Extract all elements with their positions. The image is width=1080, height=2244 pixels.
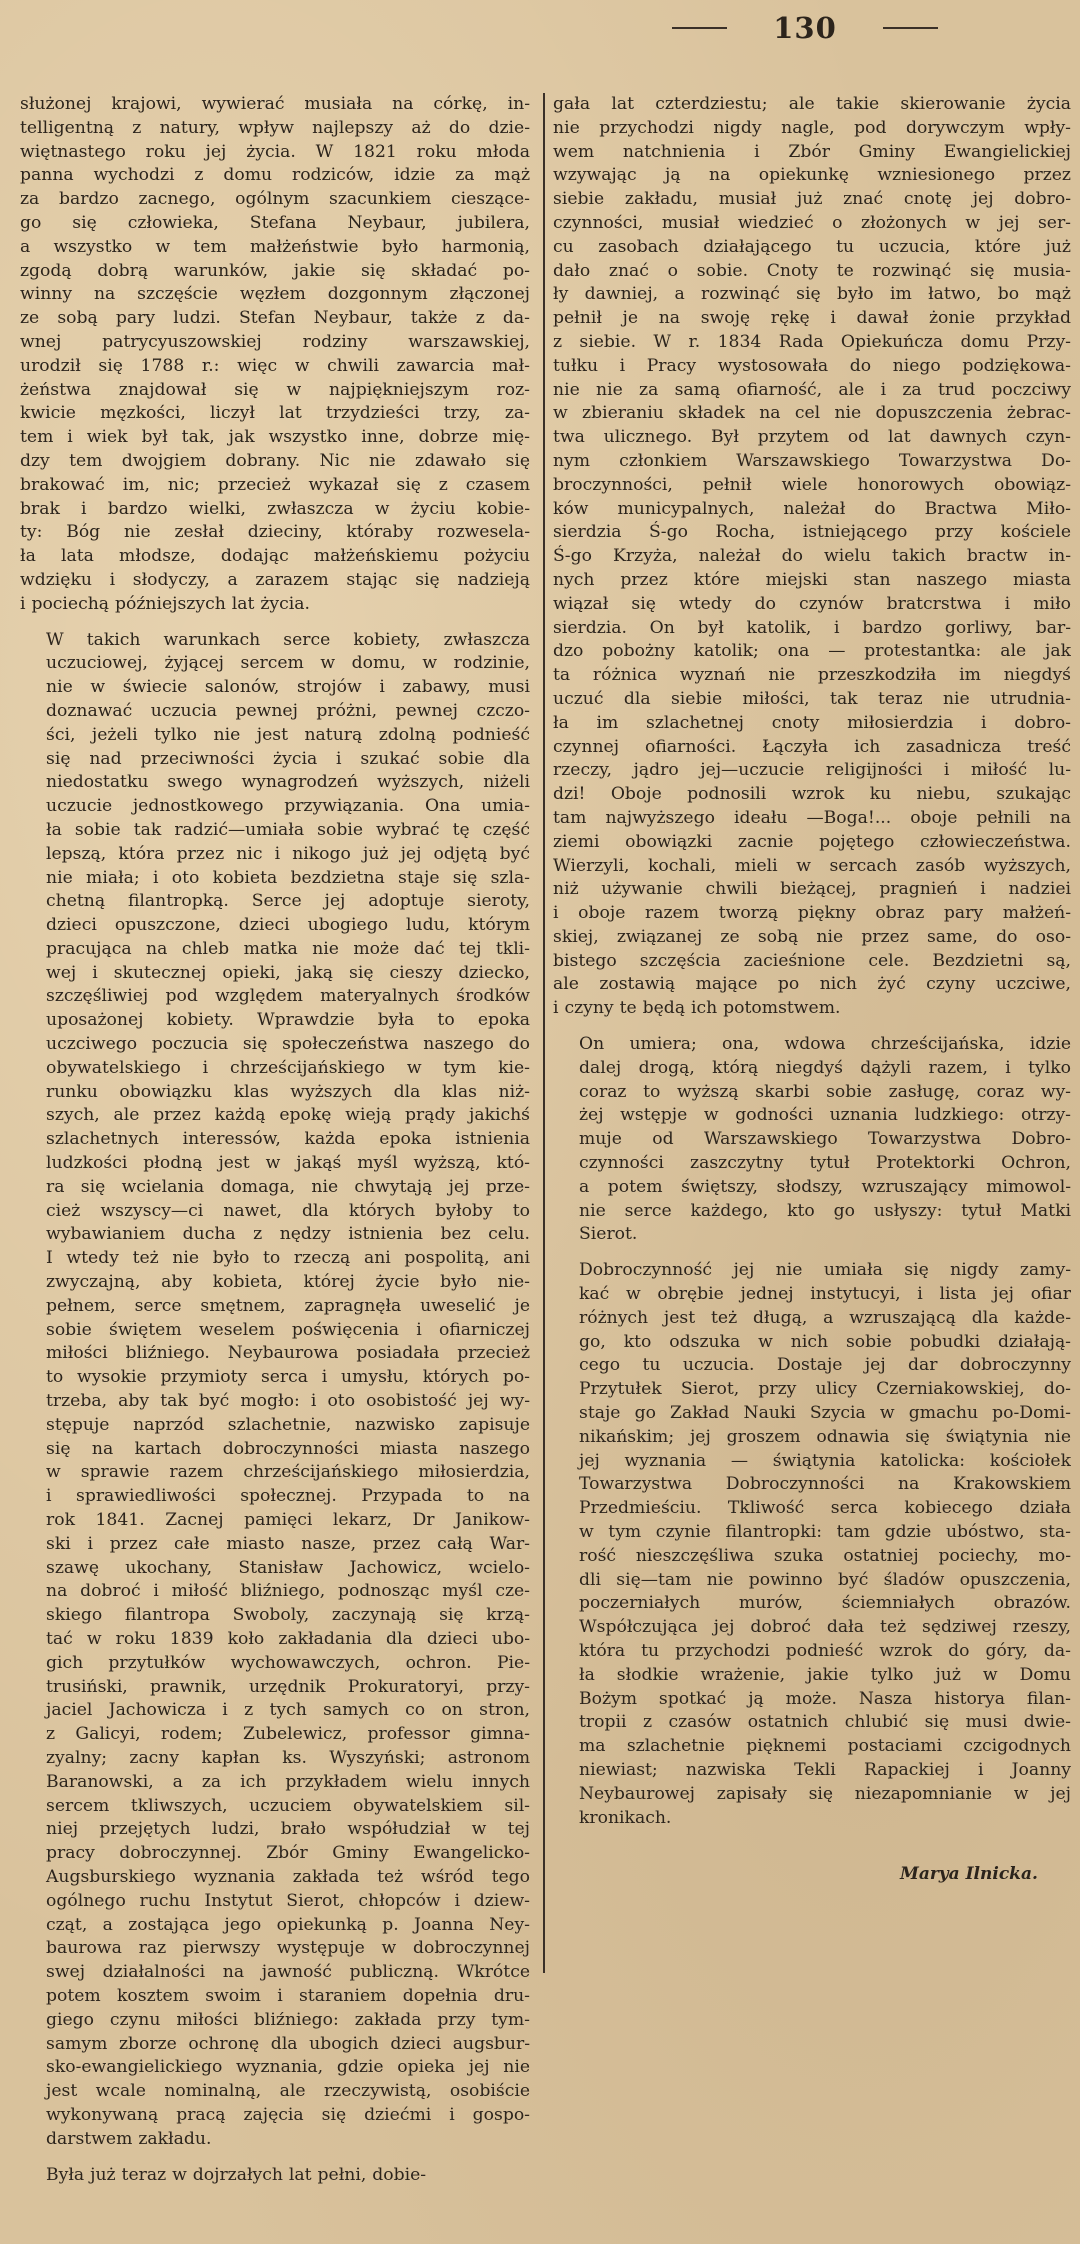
page-number: 130 [773,11,837,45]
text-line: rok 1841. Zacnej pamięci lekarz, Dr Jani… [20,1509,530,1533]
text-line: ma szlachetnie pięknemi postaciami czcig… [553,1735,1071,1759]
text-line: gich przytułków wychowawczych, ochron. P… [20,1652,530,1676]
text-line: służonej krajowi, wywierać musiała na có… [20,93,530,117]
text-line: wiązał się wtedy do czynów bratcrstwa i … [553,593,1071,617]
text-line: szawę ukochany, Stanisław Jachowicz, wci… [20,1557,530,1581]
text-line: staje go Zakład Nauki Szycia w gmachu po… [553,1402,1071,1426]
text-line: czynności, musiał wiedzieć o złożonych w… [553,212,1071,236]
text-line: kać w obrębie jednej instytucyi, i lista… [553,1283,1071,1307]
text-line: niż używanie chwili bieżącej, pragnień i… [553,878,1071,902]
text-line: więtnastego roku jej życia. W 1821 roku … [20,141,530,165]
text-line: jej wyznania — świątynia katolicka: kośc… [553,1450,1071,1474]
paragraph: służonej krajowi, wywierać musiała na có… [20,93,530,617]
text-line: pracująca na chleb matka nie może dać te… [20,938,530,962]
text-line: nie miała; i oto kobieta bezdzietna staj… [20,867,530,891]
text-line: ra się wcielania domaga, nie chwytają je… [20,1176,530,1200]
text-line: obywatelskiego i chrześcijańskiego w tym… [20,1057,530,1081]
text-line: wybawianiem ducha z nędzy istnienia bez … [20,1223,530,1247]
text-line: urodził się 1788 r.: więc w chwili zawar… [20,355,530,379]
text-line: wykonywaną pracą zajęcia się dziećmi i g… [20,2104,530,2128]
text-line: gała lat czterdziestu; ale takie skierow… [553,93,1071,117]
text-line: ski i przez całe miasto nasze, przez cał… [20,1533,530,1557]
text-line: cież wszyscy—ci nawet, dla których byłob… [20,1200,530,1224]
text-line: w zbieraniu składek na cel nie dopuszcze… [553,402,1071,426]
text-line: a potem świętszy, słodszy, wzruszający m… [553,1176,1071,1200]
text-line: Sierot. [553,1223,1071,1247]
text-line: Współczująca jej dobroć dała też sędziwe… [553,1616,1071,1640]
paragraph: W takich warunkach serce kobiety, zwłasz… [20,629,530,2152]
right-column: gała lat czterdziestu; ale takie skierow… [553,93,1071,1830]
text-line: dzo pobożny katolik; ona — protestantka:… [553,640,1071,664]
text-line: pełnił je na swoję rękę i dawał żonie pr… [553,307,1071,331]
paragraph: Była już teraz w dojrzałych lat pełni, d… [20,2164,530,2188]
text-line: brakować im, nic; przecież wykazał się z… [20,474,530,498]
text-line: ziemi obowiązki zacnie pojętego człowiec… [553,831,1071,855]
text-line: lepszą, która przez nic i nikogo już jej… [20,843,530,867]
text-line: tropii z czasów ostatnich chlubić się mu… [553,1711,1071,1735]
text-line: wzywając ją na opiekunkę wzniesionego pr… [553,164,1071,188]
text-line: ty: Bóg nie zesłał dzieciny, któraby roz… [20,521,530,545]
text-line: Wierzyli, kochali, mieli w sercach zasób… [553,855,1071,879]
author-signature: Marya Ilnicka. [900,1864,1038,1884]
text-line: sierdzia Ś-go Rocha, istniejącego przy k… [553,521,1071,545]
text-line: ogólnego ruchu Instytut Sierot, chłopców… [20,1890,530,1914]
text-line: dzy tem dwojgiem dobrany. Nic nie zdawał… [20,450,530,474]
text-line: zgodą dobrą warunków, jakie się składać … [20,260,530,284]
text-line: zyalny; zacny kapłan ks. Wyszyński; astr… [20,1747,530,1771]
text-line: miłości bliźniego. Neybaurowa posiadała … [20,1342,530,1366]
text-line: uczuć dla siebie miłości, tak teraz nie … [553,688,1071,712]
text-line: nie serce każdego, kto go usłyszy: tytuł… [553,1200,1071,1224]
text-line: ale zostawią mające po nich żyć czyny uc… [553,973,1071,997]
text-line: W takich warunkach serce kobiety, zwłasz… [20,629,530,653]
text-line: tułku i Pracy wystosowała do niego podzi… [553,355,1071,379]
text-line: Baranowski, a za ich przykładem wielu in… [20,1771,530,1795]
text-line: ła lata młodsze, dodając małżeńskiemu po… [20,545,530,569]
text-line: On umiera; ona, wdowa chrześcijańska, id… [553,1033,1071,1057]
text-line: I wtedy też nie było to rzeczą ani pospo… [20,1247,530,1271]
text-line: Przedmieściu. Tkliwość serca kobiecego d… [553,1497,1071,1521]
text-line: tem i wiek był tak, jak wszystko inne, d… [20,426,530,450]
text-line: ta różnica wyznań nie przeszkodziła im n… [553,664,1071,688]
text-line: a wszystko w tem małżeństwie było harmon… [20,236,530,260]
text-line: uczuciowej, żyjącej sercem w domu, w rod… [20,652,530,676]
text-line: uposażonej kobiety. Wprawdzie była to ep… [20,1009,530,1033]
text-line: skiej, związanej ze sobą nie przez same,… [553,926,1071,950]
text-line: wdzięku i słodyczy, a zarazem stając się… [20,569,530,593]
text-line: nie nie za samą ofiarność, ale i za trud… [553,379,1071,403]
text-line: baurowa raz pierwszy występuje w dobrocz… [20,1937,530,1961]
text-line: niewiast; nazwiska Tekli Rapackiej i Joa… [553,1759,1071,1783]
text-line: jaciel Jachowicza i z tych samych co on … [20,1699,530,1723]
text-line: szlachetnych interessów, każda epoka ist… [20,1128,530,1152]
text-line: panna wychodzi z domu rodziców, idzie za… [20,164,530,188]
text-line: sobie świętem weselem poświęcenia i ofia… [20,1319,530,1343]
text-line: doznawać uczucia pewnej próżni, pewnej c… [20,700,530,724]
text-line: bistego szczęścia zacieśnione cele. Bezd… [553,950,1071,974]
text-line: kronikach. [553,1807,1071,1831]
paragraph: gała lat czterdziestu; ale takie skierow… [553,93,1071,1021]
text-line: potem kosztem swoim i staraniem dopełnia… [20,1985,530,2009]
text-line: czynności zaszczytny tytuł Protektorki O… [553,1152,1071,1176]
text-line: która tu przychodzi podnieść wzrok do gó… [553,1640,1071,1664]
header-rule-right [883,27,938,29]
text-line: chetną filantropką. Serce jej adoptuje s… [20,890,530,914]
text-line: niej przejętych ludzi, brało współudział… [20,1818,530,1842]
text-line: twa ulicznego. Był przytem od lat dawnyc… [553,426,1071,450]
text-line: pełnem, serce smętnem, zapragnęła uwesel… [20,1295,530,1319]
text-line: swej działalności na jawność publiczną. … [20,1961,530,1985]
text-line: różnych jest też długą, a wzruszającą dl… [553,1307,1071,1331]
text-line: poczerniałych murów, ściemniałych obrazó… [553,1592,1071,1616]
text-line: trusiński, prawnik, urzędnik Prokuratory… [20,1676,530,1700]
text-line: z siebie. W r. 1834 Rada Opiekuńcza domu… [553,331,1071,355]
text-line: giego czynu miłości bliźniego: zakłada p… [20,2009,530,2033]
text-line: stępuje naprzód szlachetnie, nazwisko za… [20,1414,530,1438]
text-line: cząt, a zostająca jego opiekunką p. Joan… [20,1914,530,1938]
text-line: dli się—tam nie powinno być śladów opusz… [553,1569,1071,1593]
text-line: broczynności, pełnił wiele honorowych ob… [553,474,1071,498]
text-line: Dobroczynność jej nie umiała się nigdy z… [553,1259,1071,1283]
text-line: runku obowiązku klas wyższych dla klas n… [20,1081,530,1105]
text-line: nym członkiem Warszawskiego Towarzystwa … [553,450,1071,474]
text-line: coraz to wyższą skarbi sobie zasługę, co… [553,1081,1071,1105]
text-line: go, kto odszuka w nich sobie pobudki dzi… [553,1331,1071,1355]
text-line: i sprawiedliwości społecznej. Przypada t… [20,1485,530,1509]
text-line: Augsburskiego wyznania zakłada też wśród… [20,1866,530,1890]
text-line: sierdzia. On był katolik, i bardzo gorli… [553,617,1071,641]
text-line: za bardzo zacnego, ogólnym szacunkiem ci… [20,188,530,212]
text-line: ła słodkie wrażenie, jakie tylko już w D… [553,1664,1071,1688]
text-line: wej i skutecznej opieki, jaką się cieszy… [20,962,530,986]
text-line: muje od Warszawskiego Towarzystwa Dobro- [553,1128,1071,1152]
text-line: nych przez które miejski stan naszego mi… [553,569,1071,593]
text-line: to wysokie przymioty serca i umysłu, któ… [20,1366,530,1390]
text-line: Była już teraz w dojrzałych lat pełni, d… [20,2164,530,2188]
text-line: nikańskim; jej groszem odnawia się świąt… [553,1426,1071,1450]
text-line: w tym czynie filantropki: tam gdzie ubós… [553,1521,1071,1545]
text-line: i oboje razem tworzą piękny obraz pary m… [553,902,1071,926]
text-line: Towarzystwa Dobroczynności na Krakowskie… [553,1473,1071,1497]
text-line: rzeczy, jądro jej—uczucie religijności i… [553,759,1071,783]
text-line: sko-ewangielickiego wyznania, gdzie opie… [20,2056,530,2080]
text-line: ła im szlachetnej cnoty miłosierdzia i d… [553,712,1071,736]
text-line: szczęśliwiej pod względem materyalnych ś… [20,985,530,1009]
text-line: trzeba, aby tak być mogło: i oto osobist… [20,1390,530,1414]
text-line: ści, jeżeli tylko nie jest naturą zdolną… [20,724,530,748]
text-line: i pociechą późniejszych lat życia. [20,593,530,617]
text-line: pracy dobroczynnej. Zbór Gminy Ewangelic… [20,1842,530,1866]
text-line: kwicie męzkości, liczył lat trzydzieści … [20,402,530,426]
text-line: uczciwego poczucia się społeczeństwa nas… [20,1033,530,1057]
text-line: brak i bardzo wielki, zwłaszcza w życiu … [20,498,530,522]
text-line: wnej patrycyuszowskiej rodziny warszawsk… [20,331,530,355]
text-line: i czyny te będą ich potomstwem. [553,997,1071,1021]
text-line: nie przychodzi nigdy nagle, pod dorywczy… [553,117,1071,141]
text-line: cu zasobach działającego tu uczucia, któ… [553,236,1071,260]
text-line: dzi! Oboje podnosili wzrok ku niebu, szu… [553,783,1071,807]
text-line: siebie zakładu, musiał już znać cnotę je… [553,188,1071,212]
text-line: winny na szczęście węzłem dozgonnym złąc… [20,283,530,307]
text-line: tam najwyższego ideału —Boga!... oboje p… [553,807,1071,831]
text-line: niedostatku swego wynagrodzeń wyższych, … [20,771,530,795]
text-line: ludzkości płodną jest w jakąś myśl wyższ… [20,1152,530,1176]
text-line: Bożym spotkać ją może. Nasza historya fi… [553,1688,1071,1712]
text-line: telligentną z natury, wpływ najlepszy aż… [20,117,530,141]
text-line: na dobroć i miłość bliźniego, podnosząc … [20,1580,530,1604]
text-line: dało znać o sobie. Cnoty te rozwinąć się… [553,260,1071,284]
text-line: Neybaurowej zapisały się niezapomnianie … [553,1783,1071,1807]
text-line: Przytułek Sierot, przy ulicy Czerniakows… [553,1378,1071,1402]
text-line: jest wcale nominalną, ale rzeczywistą, o… [20,2080,530,2104]
text-line: rość nieszczęśliwa szuka ostatniej pocie… [553,1545,1071,1569]
text-line: żeństwa znajdował się w najpiękniejszym … [20,379,530,403]
text-line: cego tu uczucia. Dostaje jej dar dobrocz… [553,1354,1071,1378]
text-line: czynnej ofiarności. Łączyła ich zasadnic… [553,736,1071,760]
column-divider [543,93,545,1973]
text-line: ła sobie tak radzić—umiała sobie wybrać … [20,819,530,843]
text-line: Ś-go Krzyża, należał do wielu takich bra… [553,545,1071,569]
page-header: 130 [530,8,1080,48]
text-line: wem natchnienia i Zbór Gminy Ewangielick… [553,141,1071,165]
text-line: w sprawie razem chrześcijańskiego miłosi… [20,1461,530,1485]
text-line: ły dawniej, a rozwinąć się było im łatwo… [553,283,1071,307]
text-line: się na kartach dobroczynności miasta nas… [20,1438,530,1462]
text-line: z Galicyi, rodem; Zubelewicz, professor … [20,1723,530,1747]
paragraph: On umiera; ona, wdowa chrześcijańska, id… [553,1033,1071,1247]
header-rule-left [672,27,727,29]
text-line: nie w świecie salonów, strojów i zabawy,… [20,676,530,700]
text-line: zwyczajną, aby kobieta, której życie był… [20,1271,530,1295]
text-line: się nad przeciwności życia i szukać sobi… [20,748,530,772]
text-line: ków municypalnych, należał do Bractwa Mi… [553,498,1071,522]
text-line: darstwem zakładu. [20,2128,530,2152]
paragraph: Dobroczynność jej nie umiała się nigdy z… [553,1259,1071,1830]
text-line: go się człowieka, Stefana Neybaur, jubil… [20,212,530,236]
text-line: dalej drogą, którą niegdyś dążyli razem,… [553,1057,1071,1081]
text-line: szych, ale przez każdą epokę wieją prądy… [20,1104,530,1128]
text-line: tać w roku 1839 koło zakładania dla dzie… [20,1628,530,1652]
text-line: ze sobą pary ludzi. Stefan Neybaur, takż… [20,307,530,331]
text-line: dzieci opuszczone, dzieci ubogiego ludu,… [20,914,530,938]
text-line: uczucie jednostkowego przywiązania. Ona … [20,795,530,819]
text-line: skiego filantropa Swoboly, zaczynają się… [20,1604,530,1628]
text-line: żej wstępje w godności uznania ludzkiego… [553,1104,1071,1128]
left-column: służonej krajowi, wywierać musiała na có… [20,93,530,2187]
text-line: samym zborze ochronę dla ubogich dzieci … [20,2033,530,2057]
text-line: sercem tkliwszych, uczuciem obywatelskie… [20,1795,530,1819]
